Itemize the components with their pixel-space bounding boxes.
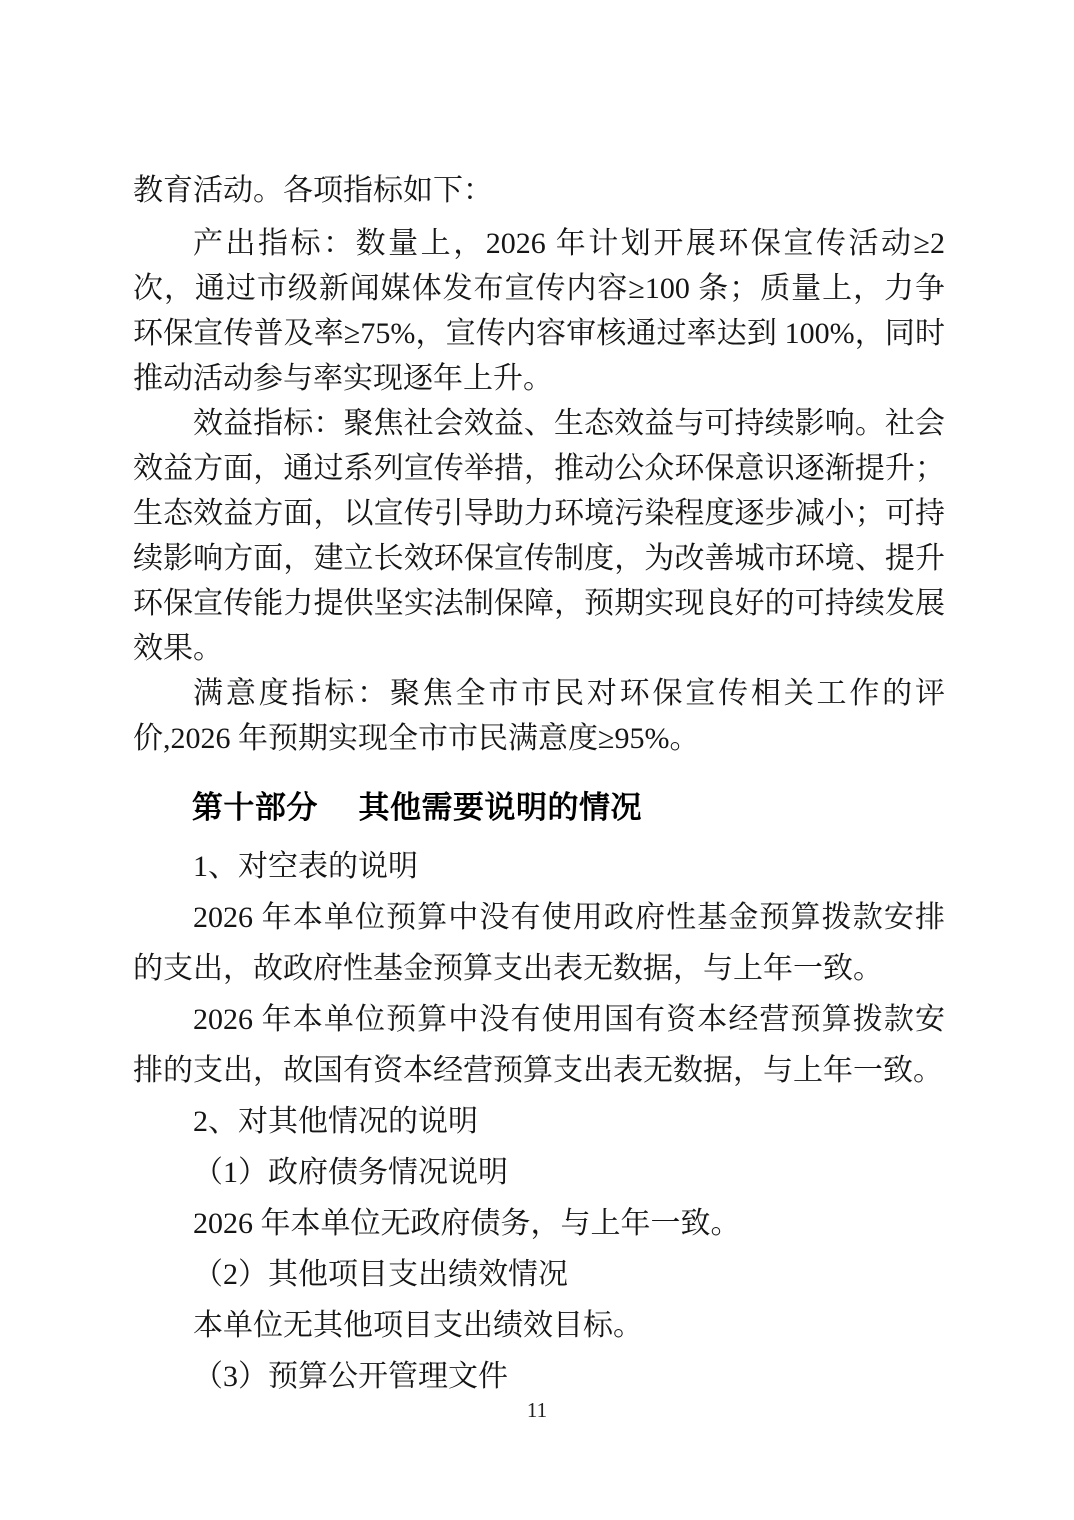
item-budget-disclosure-documents: （3）预算公开管理文件 [133,1351,945,1402]
paragraph-continuation: 教育活动。各项指标如下： [133,168,945,213]
item-other-project-performance: （2）其他项目支出绩效情况 [133,1249,945,1300]
paragraph-no-performance-goals: 本单位无其他项目支出绩效目标。 [133,1300,945,1351]
section-heading: 第十部分 其他需要说明的情况 [133,788,945,828]
document-content: 教育活动。各项指标如下： 产出指标：数量上，2026 年计划开展环保宣传活动≥2… [133,168,945,1402]
paragraph-output-indicator: 产出指标：数量上，2026 年计划开展环保宣传活动≥2 次，通过市级新闻媒体发布… [133,221,945,401]
page-number: 11 [0,1398,1074,1423]
performance-indicators-section: 教育活动。各项指标如下： 产出指标：数量上，2026 年计划开展环保宣传活动≥2… [133,168,945,761]
item-government-debt: （1）政府债务情况说明 [133,1147,945,1198]
subheading-other-situations: 2、对其他情况的说明 [133,1096,945,1147]
paragraph-gov-fund-budget: 2026 年本单位预算中没有使用政府性基金预算拨款安排的支出，故政府性基金预算支… [133,892,945,994]
paragraph-benefit-indicator: 效益指标：聚焦社会效益、生态效益与可持续影响。社会效益方面，通过系列宣传举措，推… [133,401,945,671]
other-notes-section: 1、对空表的说明 2026 年本单位预算中没有使用政府性基金预算拨款安排的支出，… [133,841,945,1402]
paragraph-no-debt: 2026 年本单位无政府债务，与上年一致。 [133,1198,945,1249]
subheading-empty-tables: 1、对空表的说明 [133,841,945,892]
document-page: 教育活动。各项指标如下： 产出指标：数量上，2026 年计划开展环保宣传活动≥2… [0,0,1074,1520]
paragraph-satisfaction-indicator: 满意度指标：聚焦全市市民对环保宣传相关工作的评价,2026 年预期实现全市市民满… [133,671,945,761]
paragraph-state-capital-budget: 2026 年本单位预算中没有使用国有资本经营预算拨款安排的支出，故国有资本经营预… [133,994,945,1096]
